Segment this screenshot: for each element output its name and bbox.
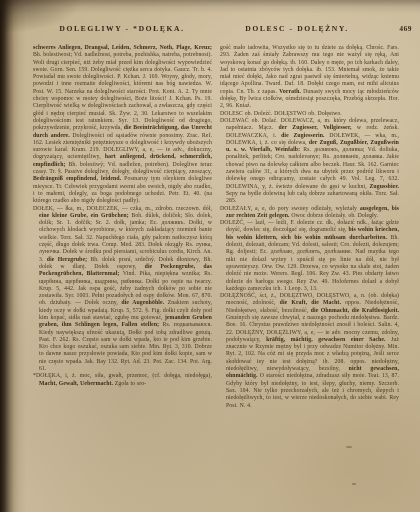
german-gloss-text: die Kraft, die Macht.: [280, 300, 345, 306]
running-heads: DOLEGLIWY - *DOŁĘKA. DOLESC - DOLĘŻNY. 4…: [26, 24, 412, 33]
german-gloss-text: die Ohnmacht, die Kraftlosigkeit.: [311, 308, 399, 314]
entry-text: Bh. dolezti, dolezati, dolezam; Vd. dole…: [226, 235, 399, 292]
german-gloss-text: die Zugiesserin.: [281, 133, 329, 139]
german-gloss-text: die Augenhöhle.: [121, 300, 167, 306]
column-left: schweres Anliegen, Drangsal, Leiden, Sch…: [33, 45, 212, 410]
entry-text: *DOŁĘKA, i, ż. moc, siła, gwałt, przemoc…: [33, 373, 212, 379]
entry-text: gość mało iadowita, Wszystko się to tu d…: [220, 45, 399, 95]
page-number: 469: [376, 24, 412, 33]
paper-speck: [346, 446, 352, 448]
book-gutter-shadow: [0, 0, 26, 512]
dictionary-entry: DOLEŻAŁY, a, e, do pory swoiey odleżały,…: [220, 206, 399, 221]
entry-text: Sepy na bydle dolewiną lub całą dobrze z…: [226, 191, 399, 204]
dictionary-entry: DOLESC ob. Doleźć. DOŁĘSTWO ob. Dołęstwo…: [220, 111, 399, 118]
german-gloss-text: eine kleine Grube, ein Grübchen;: [39, 213, 131, 219]
running-head-left: DOLEGLIWY - *DOŁĘKA.: [26, 24, 218, 33]
german-gloss-text: kräftig, mächtig, gewachsen einer Sache.: [266, 337, 391, 343]
text-columns: schweres Anliegen, Drangsal, Leiden, Sch…: [33, 45, 399, 410]
german-gloss-text: schweres Anliegen, Drangsal, Leiden, Sch…: [33, 45, 212, 51]
dictionary-entry: DOŁĘŻNOŚĆ, ści, ż., DOŁĘZTWO, DOŁĘSTWO, …: [220, 293, 399, 410]
paper-speck: [352, 483, 356, 485]
entry-continuation: gość mało iadowita, Wszystko się to tu d…: [220, 45, 399, 111]
german-gloss-text: der Zugiesser, Vollgiesser,: [278, 125, 356, 131]
column-right: gość mało iadowita, Wszystko się to tu d…: [220, 45, 399, 410]
entry-text: DOŁEK, — łka, m., DOŁECZEK, — czka, m., …: [33, 206, 212, 212]
entry-text: DOLESC ob. Doleźć. DOŁĘSTWO ob. Dołęstwo…: [220, 111, 342, 117]
entry-text: Rs. подкапываюся. Kiedy naywiększą ufnoś…: [39, 322, 212, 372]
german-gloss-text: die Herzgrube;: [47, 257, 91, 263]
german-gloss-text: Vorrath.: [279, 89, 303, 95]
entry-continuation: schweres Anliegen, Drangsal, Leiden, Sch…: [33, 45, 212, 206]
entry-text: DOLEŻAŁY, a, e, do pory swoiey odleżały,…: [220, 206, 360, 212]
dictionary-entry: DOŁEK, — łka, m., DOŁECZEK, — czka, m., …: [33, 206, 212, 374]
dictionary-entry: DOLEŹĆ, — lazł, — leźli, F. dolezie cz. …: [220, 220, 399, 293]
dictionary-entry: DOLEWAĆ ob. Dolać. DOLEWACZ, a, m. który…: [220, 118, 399, 206]
top-edge-shadow: [0, 0, 420, 14]
german-gloss-text: Zugussbier.: [370, 184, 400, 190]
scanned-dictionary-page: DOLEGLIWY - *DOŁĘKA. DOLESC - DOLĘŻNY. 4…: [0, 0, 420, 512]
entry-text: Owoc dobrze doleżały. ob. Doległy.: [291, 213, 378, 219]
german-gloss-text: Bedrängniß empfindend, leidend.: [33, 176, 124, 182]
entry-text: Bh. bolestiwost; Vd. nadležnost, potreba…: [33, 52, 212, 131]
running-head-right: DOLESC - DOLĘŻNY.: [218, 24, 376, 33]
entry-text: Boh. důlek, doliček; Slo. dolek, dolik; …: [39, 213, 212, 263]
entry-text: Zgoła to sro-: [115, 381, 146, 387]
german-gloss-text: Macht, Gewalt, Uebermacht.: [39, 381, 115, 387]
dictionary-entry: *DOŁĘKA, i, ż. moc, siła, gwałt, przemoc…: [33, 373, 212, 388]
